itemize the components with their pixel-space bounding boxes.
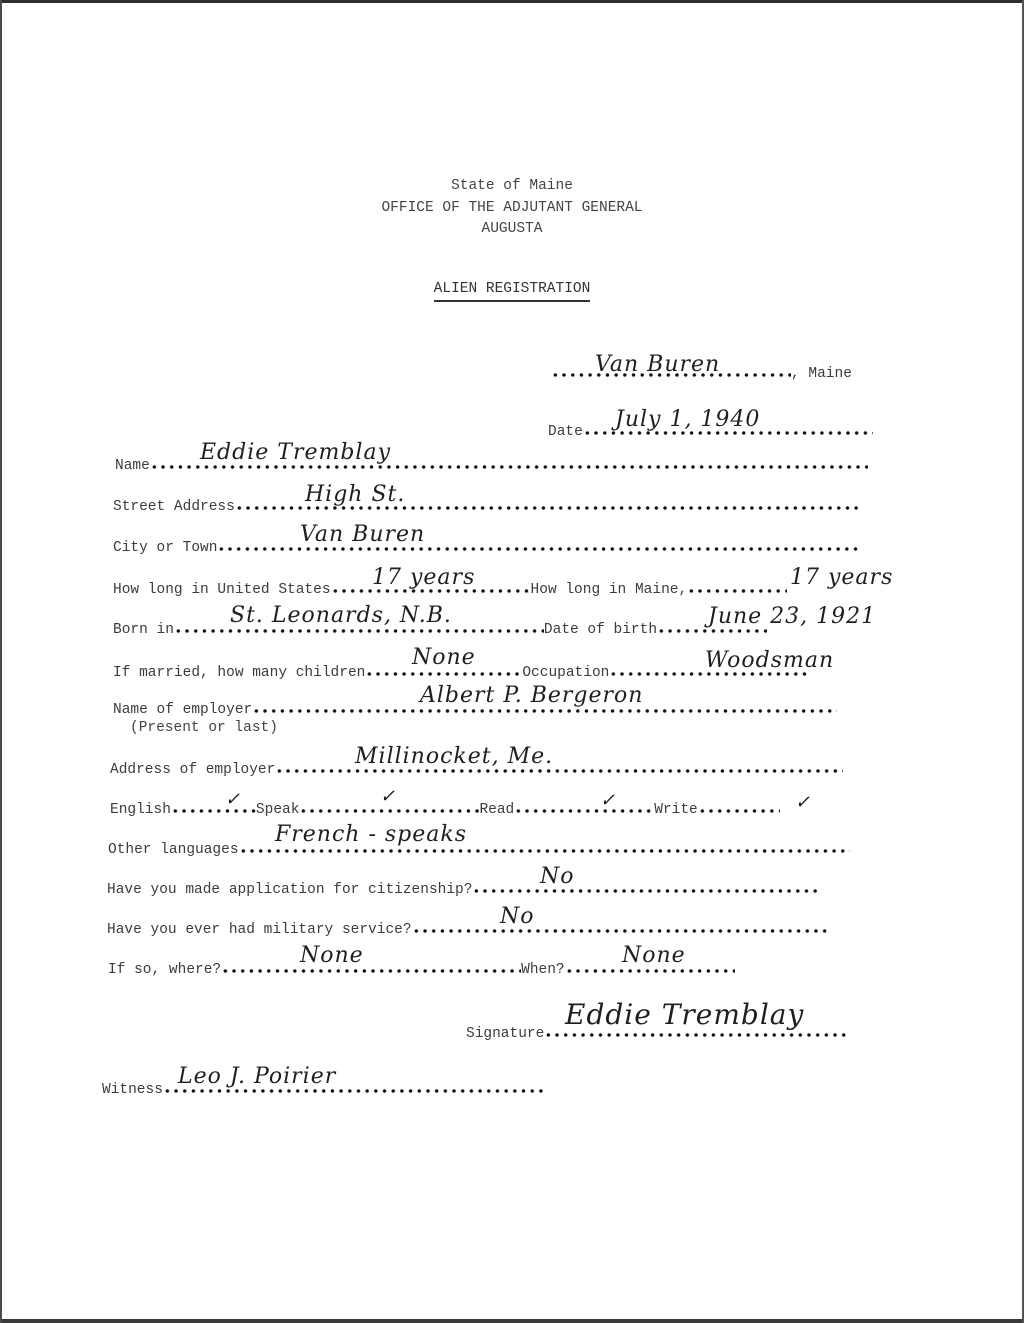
city-value: Van Buren <box>300 522 425 547</box>
write-check: ✓ <box>795 792 811 813</box>
speak-label: Speak <box>256 802 300 818</box>
children-value: None <box>412 645 476 670</box>
when-label: When? <box>521 962 565 978</box>
city-heading: AUGUSTA <box>0 219 1024 239</box>
speak-check: ✓ <box>380 786 396 807</box>
form-title-text: ALIEN REGISTRATION <box>434 281 591 302</box>
children-label: If married, how many children <box>113 665 365 681</box>
dotted-line <box>657 629 767 633</box>
occupation-label: Occupation <box>522 665 609 681</box>
how-long-maine-value: 17 years <box>790 565 893 590</box>
where-value: None <box>300 943 364 968</box>
how-long-us-value: 17 years <box>372 565 475 590</box>
name-value: Eddie Tremblay <box>200 440 391 465</box>
employer-address-value: Millinocket, Me. <box>355 744 553 769</box>
dotted-line <box>163 1089 543 1093</box>
place-value: Van Buren <box>595 352 720 377</box>
citizenship-label: Have you made application for citizenshi… <box>107 882 472 898</box>
date-of-birth-label: Date of birth <box>544 622 657 638</box>
military-value: No <box>500 904 535 929</box>
dotted-line <box>217 547 860 551</box>
military-label: Have you ever had military service? <box>107 922 412 938</box>
signature-value: Eddie Tremblay <box>565 998 804 1031</box>
form-title: ALIEN REGISTRATION <box>0 279 1024 297</box>
street-address-field: Street Address <box>113 499 859 515</box>
military-field: Have you ever had military service? <box>107 922 830 938</box>
dotted-line <box>221 969 521 973</box>
dotted-line <box>275 769 843 773</box>
dotted-line <box>544 1033 849 1037</box>
when-value: None <box>622 943 686 968</box>
read-label: Read <box>479 802 514 818</box>
citizenship-value: No <box>540 864 575 889</box>
witness-value: Leo J. Poirier <box>178 1064 336 1089</box>
employer-label: Name of employer <box>113 702 252 718</box>
date-value: July 1, 1940 <box>615 407 760 432</box>
date-label: Date <box>548 424 583 440</box>
date-of-birth-value: June 23, 1921 <box>708 604 876 629</box>
dotted-line <box>687 589 787 593</box>
dotted-line <box>472 889 820 893</box>
dotted-line <box>565 969 735 973</box>
scan-border-top <box>0 0 1024 3</box>
witness-label: Witness <box>102 1082 163 1098</box>
how-long-maine-label: How long in Maine, <box>531 582 688 598</box>
where-label: If so, where? <box>108 962 221 978</box>
name-label: Name <box>115 458 150 474</box>
occupation-value: Woodsman <box>705 648 834 673</box>
other-languages-label: Other languages <box>108 842 239 858</box>
dotted-line <box>239 849 850 853</box>
born-in-label: Born in <box>113 622 174 638</box>
dotted-line <box>150 465 868 469</box>
city-field: City or Town <box>113 540 860 556</box>
english-field: EnglishSpeakReadWrite <box>110 802 780 818</box>
dotted-line <box>299 809 479 813</box>
employer-sublabel: (Present or last) <box>130 720 278 736</box>
employer-address-label: Address of employer <box>110 762 275 778</box>
dotted-line <box>252 709 837 713</box>
english-check: ✓ <box>225 789 241 810</box>
dotted-line <box>514 809 654 813</box>
dotted-line <box>365 672 522 676</box>
dotted-line <box>698 809 780 813</box>
scan-border-bottom <box>0 1319 1024 1323</box>
other-languages-value: French - speaks <box>275 822 467 847</box>
street-address-value: High St. <box>305 482 405 507</box>
street-address-label: Street Address <box>113 499 235 515</box>
how-long-us-label: How long in United States <box>113 582 331 598</box>
state-heading: State of Maine <box>0 176 1024 196</box>
place-label: , Maine <box>791 366 852 382</box>
signature-label: Signature <box>466 1026 544 1042</box>
born-in-value: St. Leonards, N.B. <box>230 603 452 628</box>
city-label: City or Town <box>113 540 217 556</box>
employer-value: Albert P. Bergeron <box>420 683 643 708</box>
write-label: Write <box>654 802 698 818</box>
citizenship-field: Have you made application for citizenshi… <box>107 882 820 898</box>
dotted-line <box>171 809 256 813</box>
english-label: English <box>110 802 171 818</box>
read-check: ✓ <box>600 790 616 811</box>
dotted-line <box>412 929 830 933</box>
other-languages-field: Other languages <box>108 842 850 858</box>
office-heading: OFFICE OF THE ADJUTANT GENERAL <box>0 198 1024 218</box>
dotted-line <box>174 629 544 633</box>
